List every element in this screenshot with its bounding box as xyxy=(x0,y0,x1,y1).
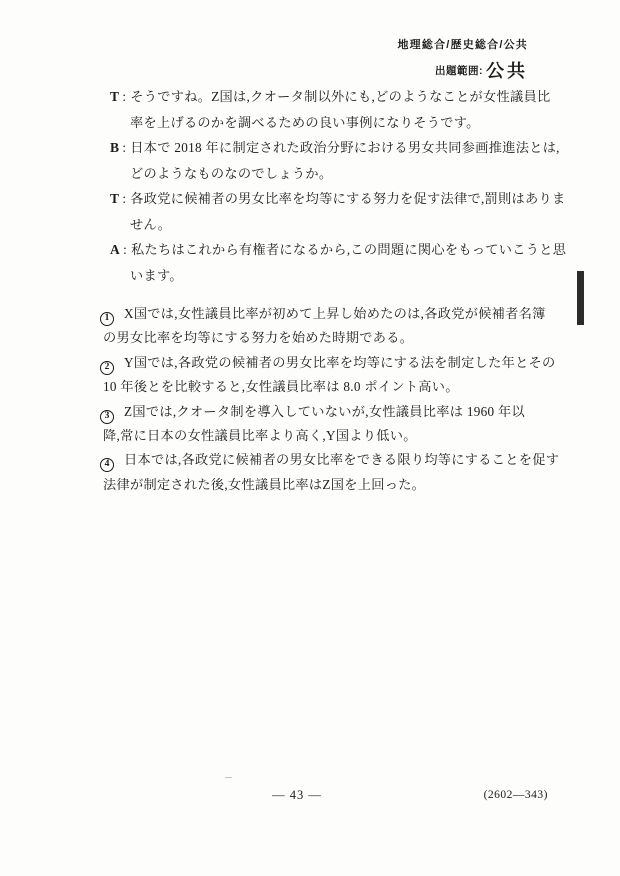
option-number: 4 xyxy=(100,458,114,472)
option-item: 4日本では,各政党に候補者の男女比率をできる限り均等にすることを促す 法律が制定… xyxy=(100,448,580,497)
page-header: 地理総合/歴史総合/公共 出題範囲:公共 xyxy=(397,36,528,83)
speaker-label: B xyxy=(110,140,119,155)
dialogue-text: そうですね。Z国は,クオータ制以外にも,どのようなことが女性議員比 xyxy=(130,89,550,104)
edge-index-mark xyxy=(577,271,584,325)
dialogue-line: A:私たちはこれから有権者になるから,この問題に関心をもっていこうと思 xyxy=(110,237,580,263)
document-code: (2602—343) xyxy=(484,789,548,801)
speaker-label: T xyxy=(110,89,119,104)
dialogue-text: 日本で 2018 年に制定された政治分野における男女共同参画推進法とは, xyxy=(130,140,560,155)
option-line: 降,常に日本の女性議員比率より高く,Y国より低い。 xyxy=(100,424,580,448)
dialogue-line: T:そうですね。Z国は,クオータ制以外にも,どのようなことが女性議員比 xyxy=(110,84,580,110)
option-line: 1X国では,女性議員比率が初めて上昇し始めたのは,各政党が候補者名簿 xyxy=(100,302,580,326)
answer-options-section: 1X国では,女性議員比率が初めて上昇し始めたのは,各政党が候補者名簿 の男女比率… xyxy=(100,302,580,497)
option-line: 10 年後とを比較すると,女性議員比率は 8.0 ポイント高い。 xyxy=(100,375,580,399)
dialogue-entry: B:日本で 2018 年に制定された政治分野における男女共同参画推進法とは, ど… xyxy=(110,135,580,186)
dialogue-entry: T:そうですね。Z国は,クオータ制以外にも,どのようなことが女性議員比 率を上げ… xyxy=(110,84,580,135)
dialogue-entry: T:各政党に候補者の男女比率を均等にする努力を促す法律で,罰則はありま せん。 xyxy=(110,186,580,237)
option-item: 2Y国では,各政党の候補者の男女比率を均等にする法を制定した年とその 10 年後… xyxy=(100,351,580,400)
option-text: 日本では,各政党に候補者の男女比率をできる限り均等にすることを促す xyxy=(124,452,559,467)
speaker-separator: : xyxy=(120,242,131,257)
option-number: 2 xyxy=(100,361,114,375)
exam-document-page: 地理総合/歴史総合/公共 出題範囲:公共 T:そうですね。Z国は,クオータ制以外… xyxy=(0,0,620,876)
option-line: 4日本では,各政党に候補者の男女比率をできる限り均等にすることを促す xyxy=(100,448,580,472)
exam-subjects-header: 地理総合/歴史総合/公共 xyxy=(397,36,528,52)
option-line: 3Z国では,クオータ制を導入していないが,女性議員比率は 1960 年以 xyxy=(100,400,580,424)
option-item: 1X国では,女性議員比率が初めて上昇し始めたのは,各政党が候補者名簿 の男女比率… xyxy=(100,302,580,351)
dialogue-line: B:日本で 2018 年に制定された政治分野における男女共同参画推進法とは, xyxy=(110,135,580,161)
speaker-separator: : xyxy=(119,191,130,206)
speaker-label: T xyxy=(110,191,119,206)
dialogue-text: 私たちはこれから有権者になるから,この問題に関心をもっていこうと思 xyxy=(131,242,566,257)
speaker-separator: : xyxy=(119,140,130,155)
scan-artifact-mark xyxy=(225,774,232,778)
dialogue-line: います。 xyxy=(110,263,580,289)
speaker-label: A xyxy=(110,242,120,257)
option-item: 3Z国では,クオータ制を導入していないが,女性議員比率は 1960 年以 降,常… xyxy=(100,400,580,449)
option-line: 法律が制定された後,女性議員比率はZ国を上回った。 xyxy=(100,473,580,497)
option-line: 2Y国では,各政党の候補者の男女比率を均等にする法を制定した年とその xyxy=(100,351,580,375)
option-number: 1 xyxy=(100,312,114,326)
dialogue-text: 各政党に候補者の男女比率を均等にする努力を促す法律で,罰則はありま xyxy=(130,191,565,206)
speaker-separator: : xyxy=(119,89,130,104)
dialogue-entry: A:私たちはこれから有権者になるから,この問題に関心をもっていこうと思 います。 xyxy=(110,237,580,288)
dialogue-line: どのようなものなのでしょうか。 xyxy=(110,161,580,187)
exam-scope-label: 出題範囲: xyxy=(435,65,483,77)
dialogue-section: T:そうですね。Z国は,クオータ制以外にも,どのようなことが女性議員比 率を上げ… xyxy=(110,84,580,288)
option-line: の男女比率を均等にする努力を始めた時期である。 xyxy=(100,326,580,350)
dialogue-line: せん。 xyxy=(110,212,580,238)
option-text: Z国では,クオータ制を導入していないが,女性議員比率は 1960 年以 xyxy=(124,404,525,419)
exam-scope-value: 公共 xyxy=(486,61,528,81)
dialogue-line: 率を上げるのかを調べるための良い事例になりそうです。 xyxy=(110,110,580,136)
dialogue-line: T:各政党に候補者の男女比率を均等にする努力を促す法律で,罰則はありま xyxy=(110,186,580,212)
option-text: Y国では,各政党の候補者の男女比率を均等にする法を制定した年とその xyxy=(124,355,556,370)
exam-scope-row: 出題範囲:公共 xyxy=(397,57,528,83)
option-number: 3 xyxy=(100,410,114,424)
option-text: X国では,女性議員比率が初めて上昇し始めたのは,各政党が候補者名簿 xyxy=(124,306,546,321)
